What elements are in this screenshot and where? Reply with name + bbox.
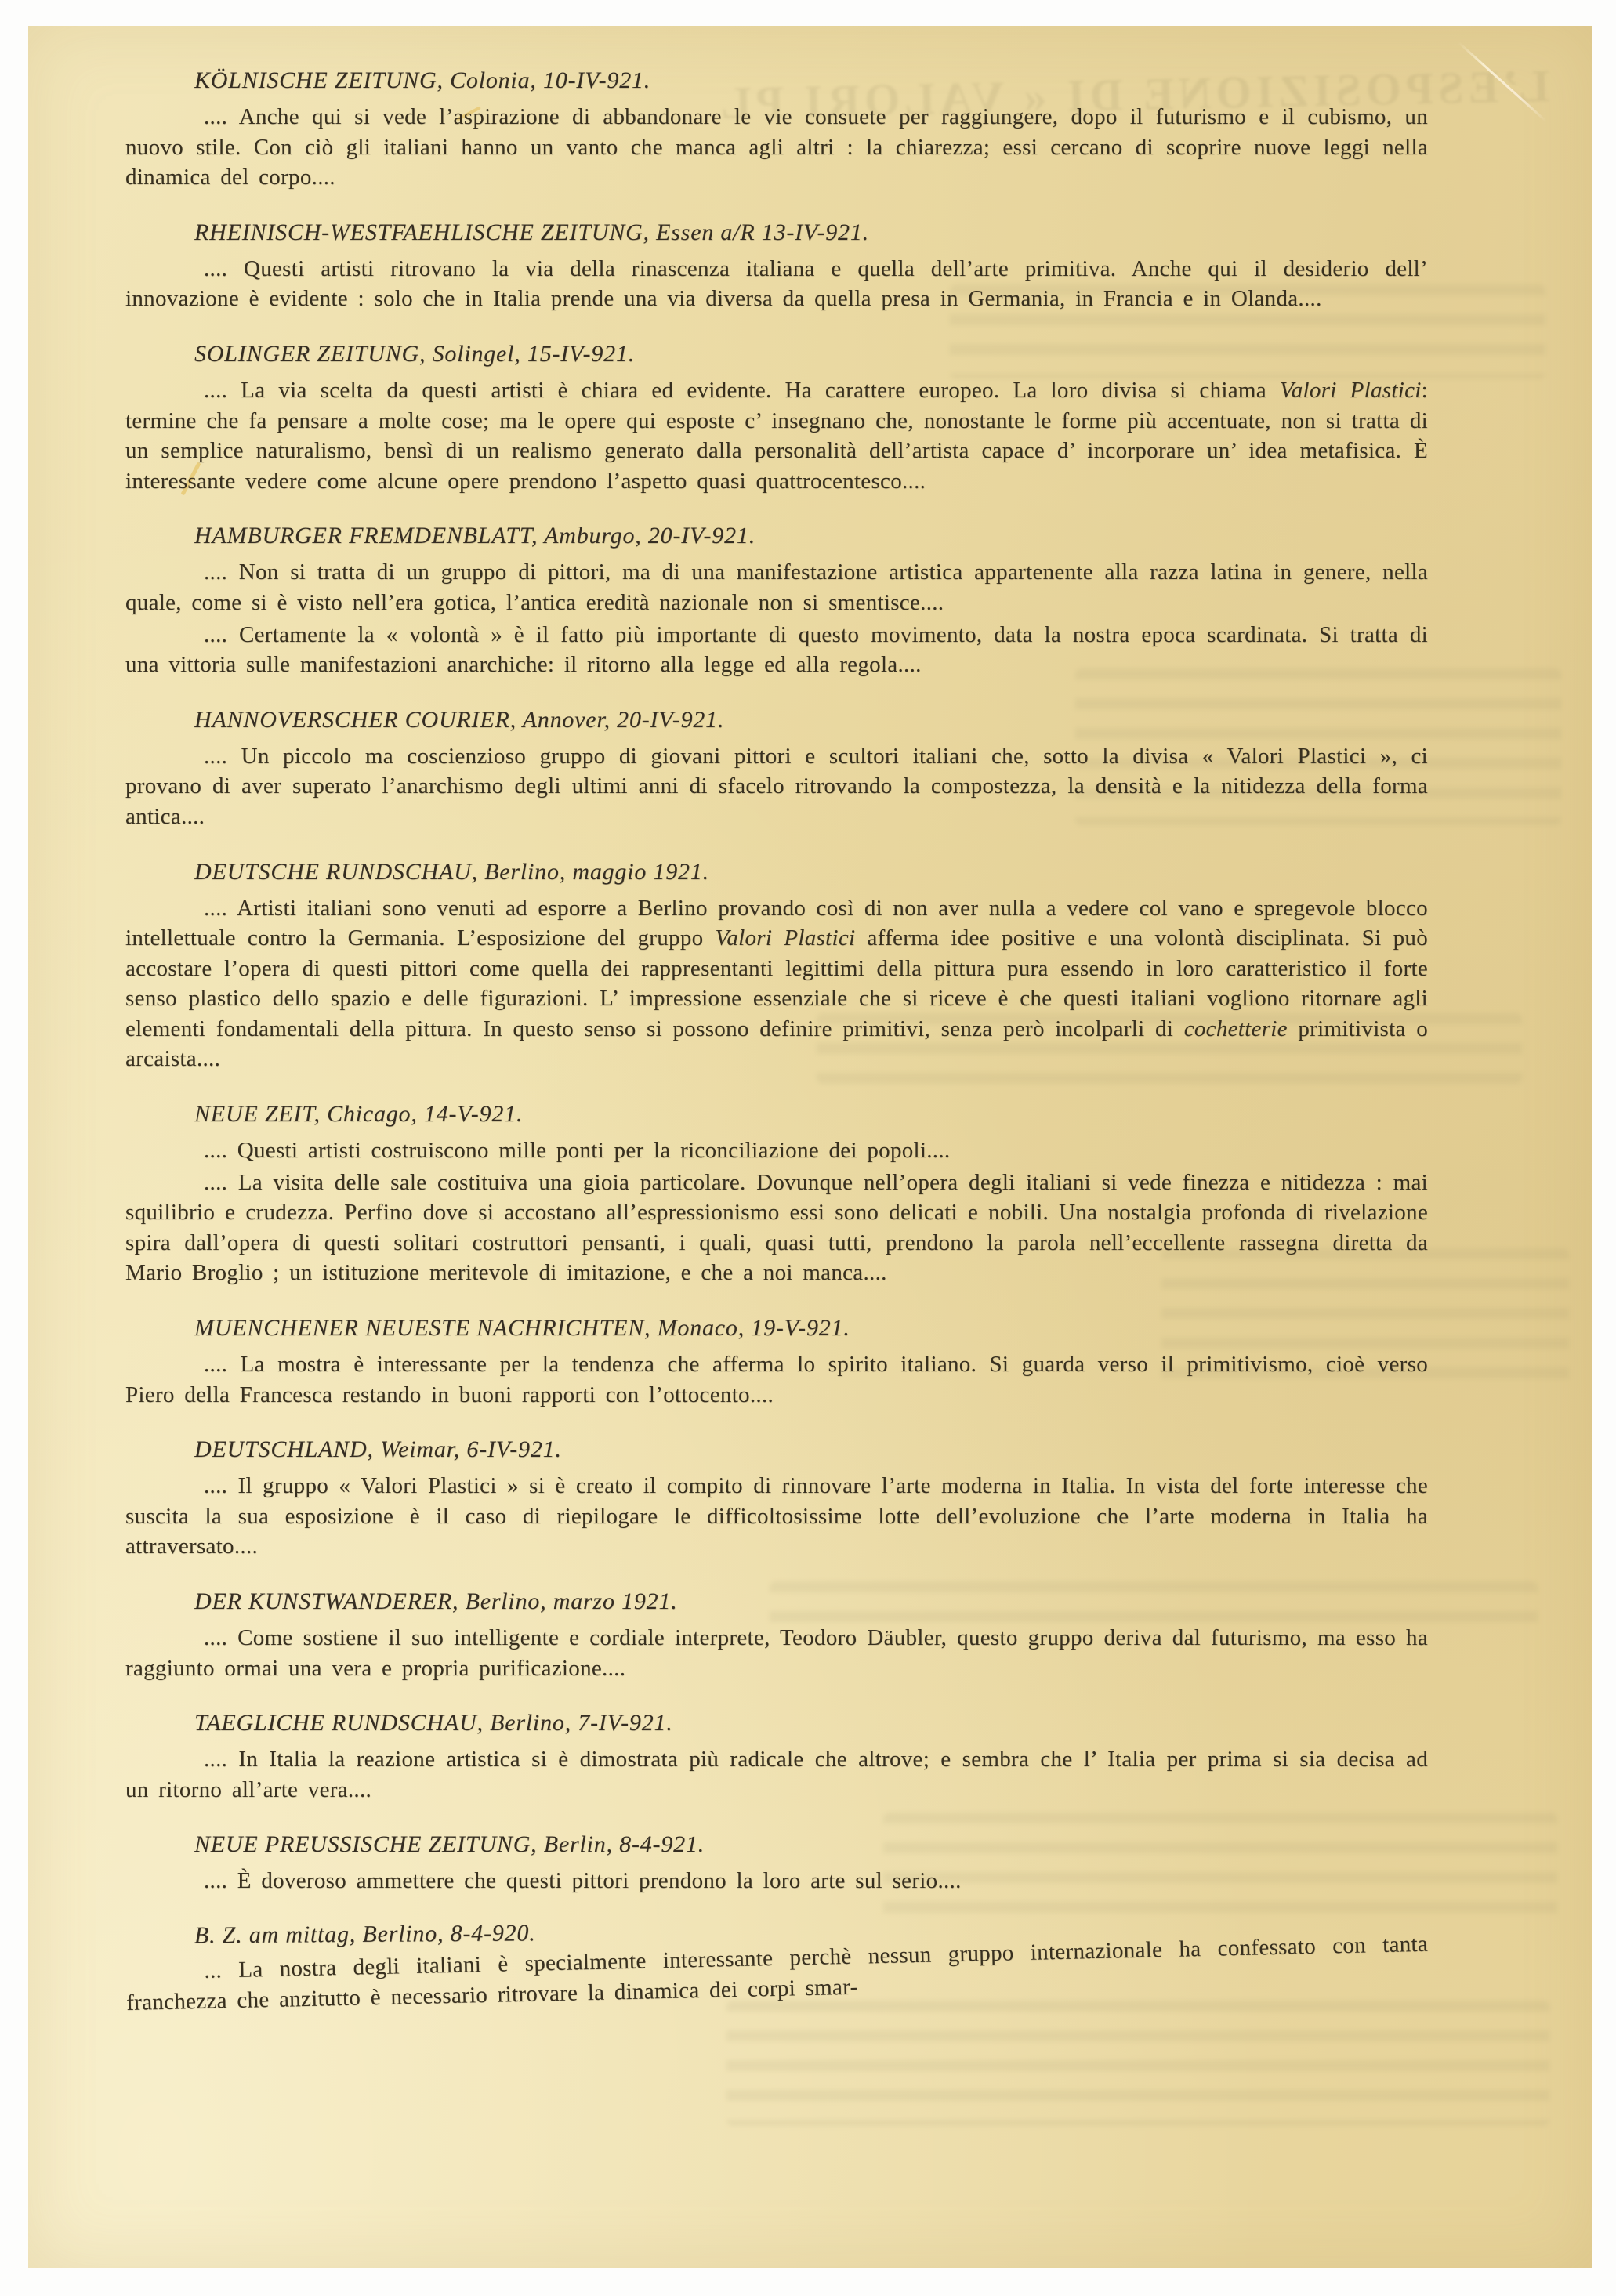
entry-paragraph: .... È doveroso ammettere che questi pit… — [125, 1866, 1428, 1896]
entry-paragraph: .... La visita delle sale costituiva una… — [125, 1168, 1428, 1288]
entry-paragraph: .... Questi artisti ritrovano la via del… — [125, 254, 1428, 314]
entry-header: MUENCHENER NEUESTE NACHRICHTEN, Monaco, … — [125, 1313, 1428, 1344]
entry-paragraph: .... Non si tratta di un gruppo di pitto… — [125, 557, 1428, 617]
press-entry-bz-am-mittag: B. Z. am mittag, Berlino, 8-4-920. ... L… — [125, 1921, 1428, 2018]
press-entry-deutschland: DEUTSCHLAND, Weimar, 6-IV-921. .... Il g… — [125, 1434, 1428, 1562]
entry-paragraph: .... La mostra è interessante per la ten… — [125, 1349, 1428, 1410]
entry-header: TAEGLICHE RUNDSCHAU, Berlino, 7-IV-921. — [125, 1708, 1428, 1739]
press-entry-solinger-zeitung: SOLINGER ZEITUNG, Solingel, 15-IV-921. .… — [125, 339, 1428, 496]
entry-header: DER KUNSTWANDERER, Berlino, marzo 1921. — [125, 1586, 1428, 1617]
entry-header: DEUTSCHE RUNDSCHAU, Berlino, maggio 1921… — [125, 856, 1428, 888]
entry-paragraph: .... Anche qui si vede l’aspirazione di … — [125, 102, 1428, 193]
scanned-page: L’ESPOSIZIONE DI « VALORI PLASTICI » KÖL… — [0, 0, 1616, 2296]
entry-header: RHEINISCH-WESTFAEHLISCHE ZEITUNG, Essen … — [125, 217, 1428, 248]
entry-header: HAMBURGER FREMDENBLATT, Amburgo, 20-IV-9… — [125, 520, 1428, 552]
entry-header: HANNOVERSCHER COURIER, Annover, 20-IV-92… — [125, 704, 1428, 736]
press-entry-hamburger-fremdenblatt: HAMBURGER FREMDENBLATT, Amburgo, 20-IV-9… — [125, 520, 1428, 679]
press-entry-neue-zeit: NEUE ZEIT, Chicago, 14-V-921. .... Quest… — [125, 1099, 1428, 1288]
press-entry-koelnische-zeitung: KÖLNISCHE ZEITUNG, Colonia, 10-IV-921. .… — [125, 65, 1428, 193]
entry-paragraph: .... Certamente la « volontà » è il fatt… — [125, 620, 1428, 680]
entry-paragraph: .... Artisti italiani sono venuti ad esp… — [125, 893, 1428, 1075]
entry-paragraph: .... In Italia la reazione artistica si … — [125, 1744, 1428, 1805]
entry-paragraph: .... La via scelta da questi artisti è c… — [125, 375, 1428, 496]
press-entry-muenchener-neueste-nachrichten: MUENCHENER NEUESTE NACHRICHTEN, Monaco, … — [125, 1313, 1428, 1410]
entry-header: NEUE ZEIT, Chicago, 14-V-921. — [125, 1099, 1428, 1130]
entry-header: NEUE PREUSSISCHE ZEITUNG, Berlin, 8-4-92… — [125, 1829, 1428, 1860]
press-entry-taegliche-rundschau: TAEGLICHE RUNDSCHAU, Berlino, 7-IV-921. … — [125, 1708, 1428, 1805]
bleed-through-smudge — [726, 2001, 1549, 2126]
press-entry-hannoverscher-courier: HANNOVERSCHER COURIER, Annover, 20-IV-92… — [125, 704, 1428, 832]
press-entry-neue-preussische-zeitung: NEUE PREUSSISCHE ZEITUNG, Berlin, 8-4-92… — [125, 1829, 1428, 1896]
entry-paragraph: .... Questi artisti costruiscono mille p… — [125, 1135, 1428, 1166]
entry-paragraph: .... Il gruppo « Valori Plastici » si è … — [125, 1471, 1428, 1562]
page-content: KÖLNISCHE ZEITUNG, Colonia, 10-IV-921. .… — [28, 26, 1592, 2018]
entry-header: KÖLNISCHE ZEITUNG, Colonia, 10-IV-921. — [125, 65, 1428, 96]
entry-header: SOLINGER ZEITUNG, Solingel, 15-IV-921. — [125, 339, 1428, 370]
paper-sheet: L’ESPOSIZIONE DI « VALORI PLASTICI » KÖL… — [28, 26, 1592, 2268]
press-entry-der-kunstwanderer: DER KUNSTWANDERER, Berlino, marzo 1921. … — [125, 1586, 1428, 1683]
press-entry-deutsche-rundschau: DEUTSCHE RUNDSCHAU, Berlino, maggio 1921… — [125, 856, 1428, 1075]
entry-paragraph: .... Come sostiene il suo intelligente e… — [125, 1623, 1428, 1683]
entry-paragraph: .... Un piccolo ma coscienzioso gruppo d… — [125, 741, 1428, 832]
press-entry-rheinisch-westfaehlische-zeitung: RHEINISCH-WESTFAEHLISCHE ZEITUNG, Essen … — [125, 217, 1428, 314]
entry-header: DEUTSCHLAND, Weimar, 6-IV-921. — [125, 1434, 1428, 1465]
